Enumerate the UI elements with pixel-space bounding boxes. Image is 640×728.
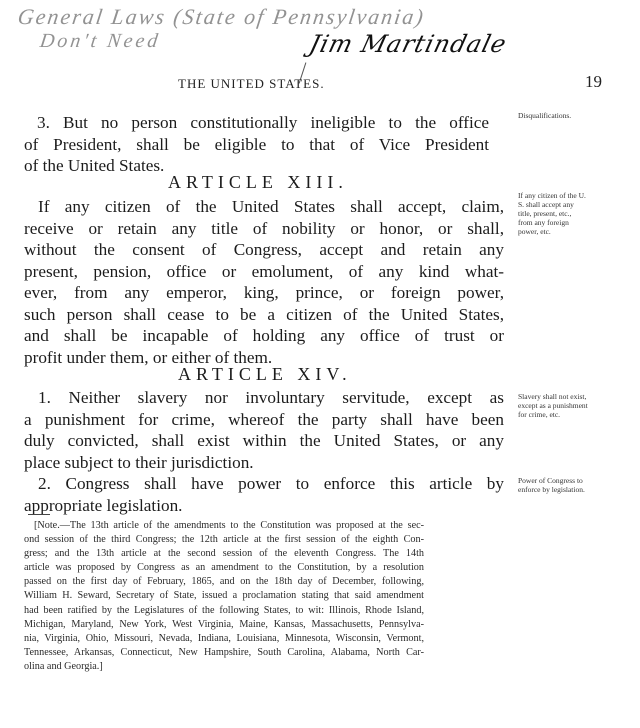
text-line: a punishment for crime, whereof the part… <box>24 409 504 431</box>
note-line: passed on the first day of February, 186… <box>24 575 424 589</box>
text-line: present, pension, office or emolument, o… <box>24 261 504 283</box>
text-line: such person shall cease to be a citizen … <box>24 304 504 326</box>
article-14-section-2-text: 2. Congress shall have power to enforce … <box>24 473 504 516</box>
marginal-line: If any citizen of the U. <box>518 191 636 200</box>
text-line: appropriate legislation. <box>24 495 504 517</box>
note-line: ond session of the third Congress; the 1… <box>24 533 424 547</box>
note-line: William H. Seward, Secretary of State, i… <box>24 589 424 603</box>
text-line: 2. Congress shall have power to enforce … <box>24 473 504 495</box>
marginal-note-titles-of-nobility: If any citizen of the U. S. shall accept… <box>518 191 636 236</box>
marginal-line: Power of Congress to <box>518 476 636 485</box>
note-line: gress; and the 13th article at the secon… <box>24 547 424 561</box>
text-line: receive or retain any title of nobility … <box>24 218 504 240</box>
text-line: If any citizen of the United States shal… <box>24 196 504 218</box>
marginal-line: from any foreign <box>518 218 636 227</box>
text-line: ever, from any emperor, king, prince, or… <box>24 282 504 304</box>
marginal-line: for crime, etc. <box>518 410 636 419</box>
note-line: article was proposed by Congress as an a… <box>24 561 424 575</box>
marginal-note-slavery: Slavery shall not exist, except as a pun… <box>518 392 636 419</box>
handwritten-annotation-line1: General Laws (State of Pennsylvania) <box>16 4 426 30</box>
article-14-heading: ARTICLE XIV. <box>178 364 352 385</box>
article-13-heading: ARTICLE XIII. <box>168 172 348 193</box>
marginal-note-disqualifications: Disqualifications. <box>518 111 636 120</box>
marginal-line: power, etc. <box>518 227 636 236</box>
marginal-line: Slavery shall not exist, <box>518 392 636 401</box>
signature: Jim Martindale <box>307 30 510 58</box>
note-line: [Note.—The 13th article of the amendment… <box>24 519 424 533</box>
note-divider <box>28 514 50 515</box>
running-head: THE UNITED STATES. <box>178 76 325 92</box>
note-line: had been ratified by the Legislatures of… <box>24 604 424 618</box>
text-line: and shall be incapable of holding any of… <box>24 325 504 347</box>
marginal-line: title, present, etc., <box>518 209 636 218</box>
note-line: Tennessee, Arkansas, Connecticut, New Ha… <box>24 646 424 660</box>
text-line: 1. Neither slavery nor involuntary servi… <box>24 387 504 409</box>
text-line: without the consent of Congress, accept … <box>24 239 504 261</box>
marginal-line: S. shall accept any <box>518 200 636 209</box>
article-13-text: If any citizen of the United States shal… <box>24 196 504 368</box>
footnote: [Note.—The 13th article of the amendment… <box>24 519 424 674</box>
marginal-line: except as a punishment <box>518 401 636 410</box>
marginal-note-congress-power: Power of Congress to enforce by legislat… <box>518 476 636 494</box>
section-3-text: 3. But no person constitutionally inelig… <box>24 112 489 177</box>
page-number: 19 <box>585 72 602 92</box>
note-line: olina and Georgia.] <box>24 660 424 674</box>
marginal-line: enforce by legislation. <box>518 485 636 494</box>
text-line: duly convicted, shall exist within the U… <box>24 430 504 452</box>
text-line: of President, shall be eligible to that … <box>24 134 489 156</box>
note-line: Michigan, Maryland, New York, West Virgi… <box>24 618 424 632</box>
text-line: 3. But no person constitutionally inelig… <box>24 112 489 134</box>
note-line: nia, Virginia, Ohio, Missouri, Nevada, I… <box>24 632 424 646</box>
text-line: place subject to their jurisdiction. <box>24 452 504 474</box>
handwritten-annotation-line2: Don't Need <box>38 30 162 53</box>
article-14-section-1-text: 1. Neither slavery nor involuntary servi… <box>24 387 504 473</box>
